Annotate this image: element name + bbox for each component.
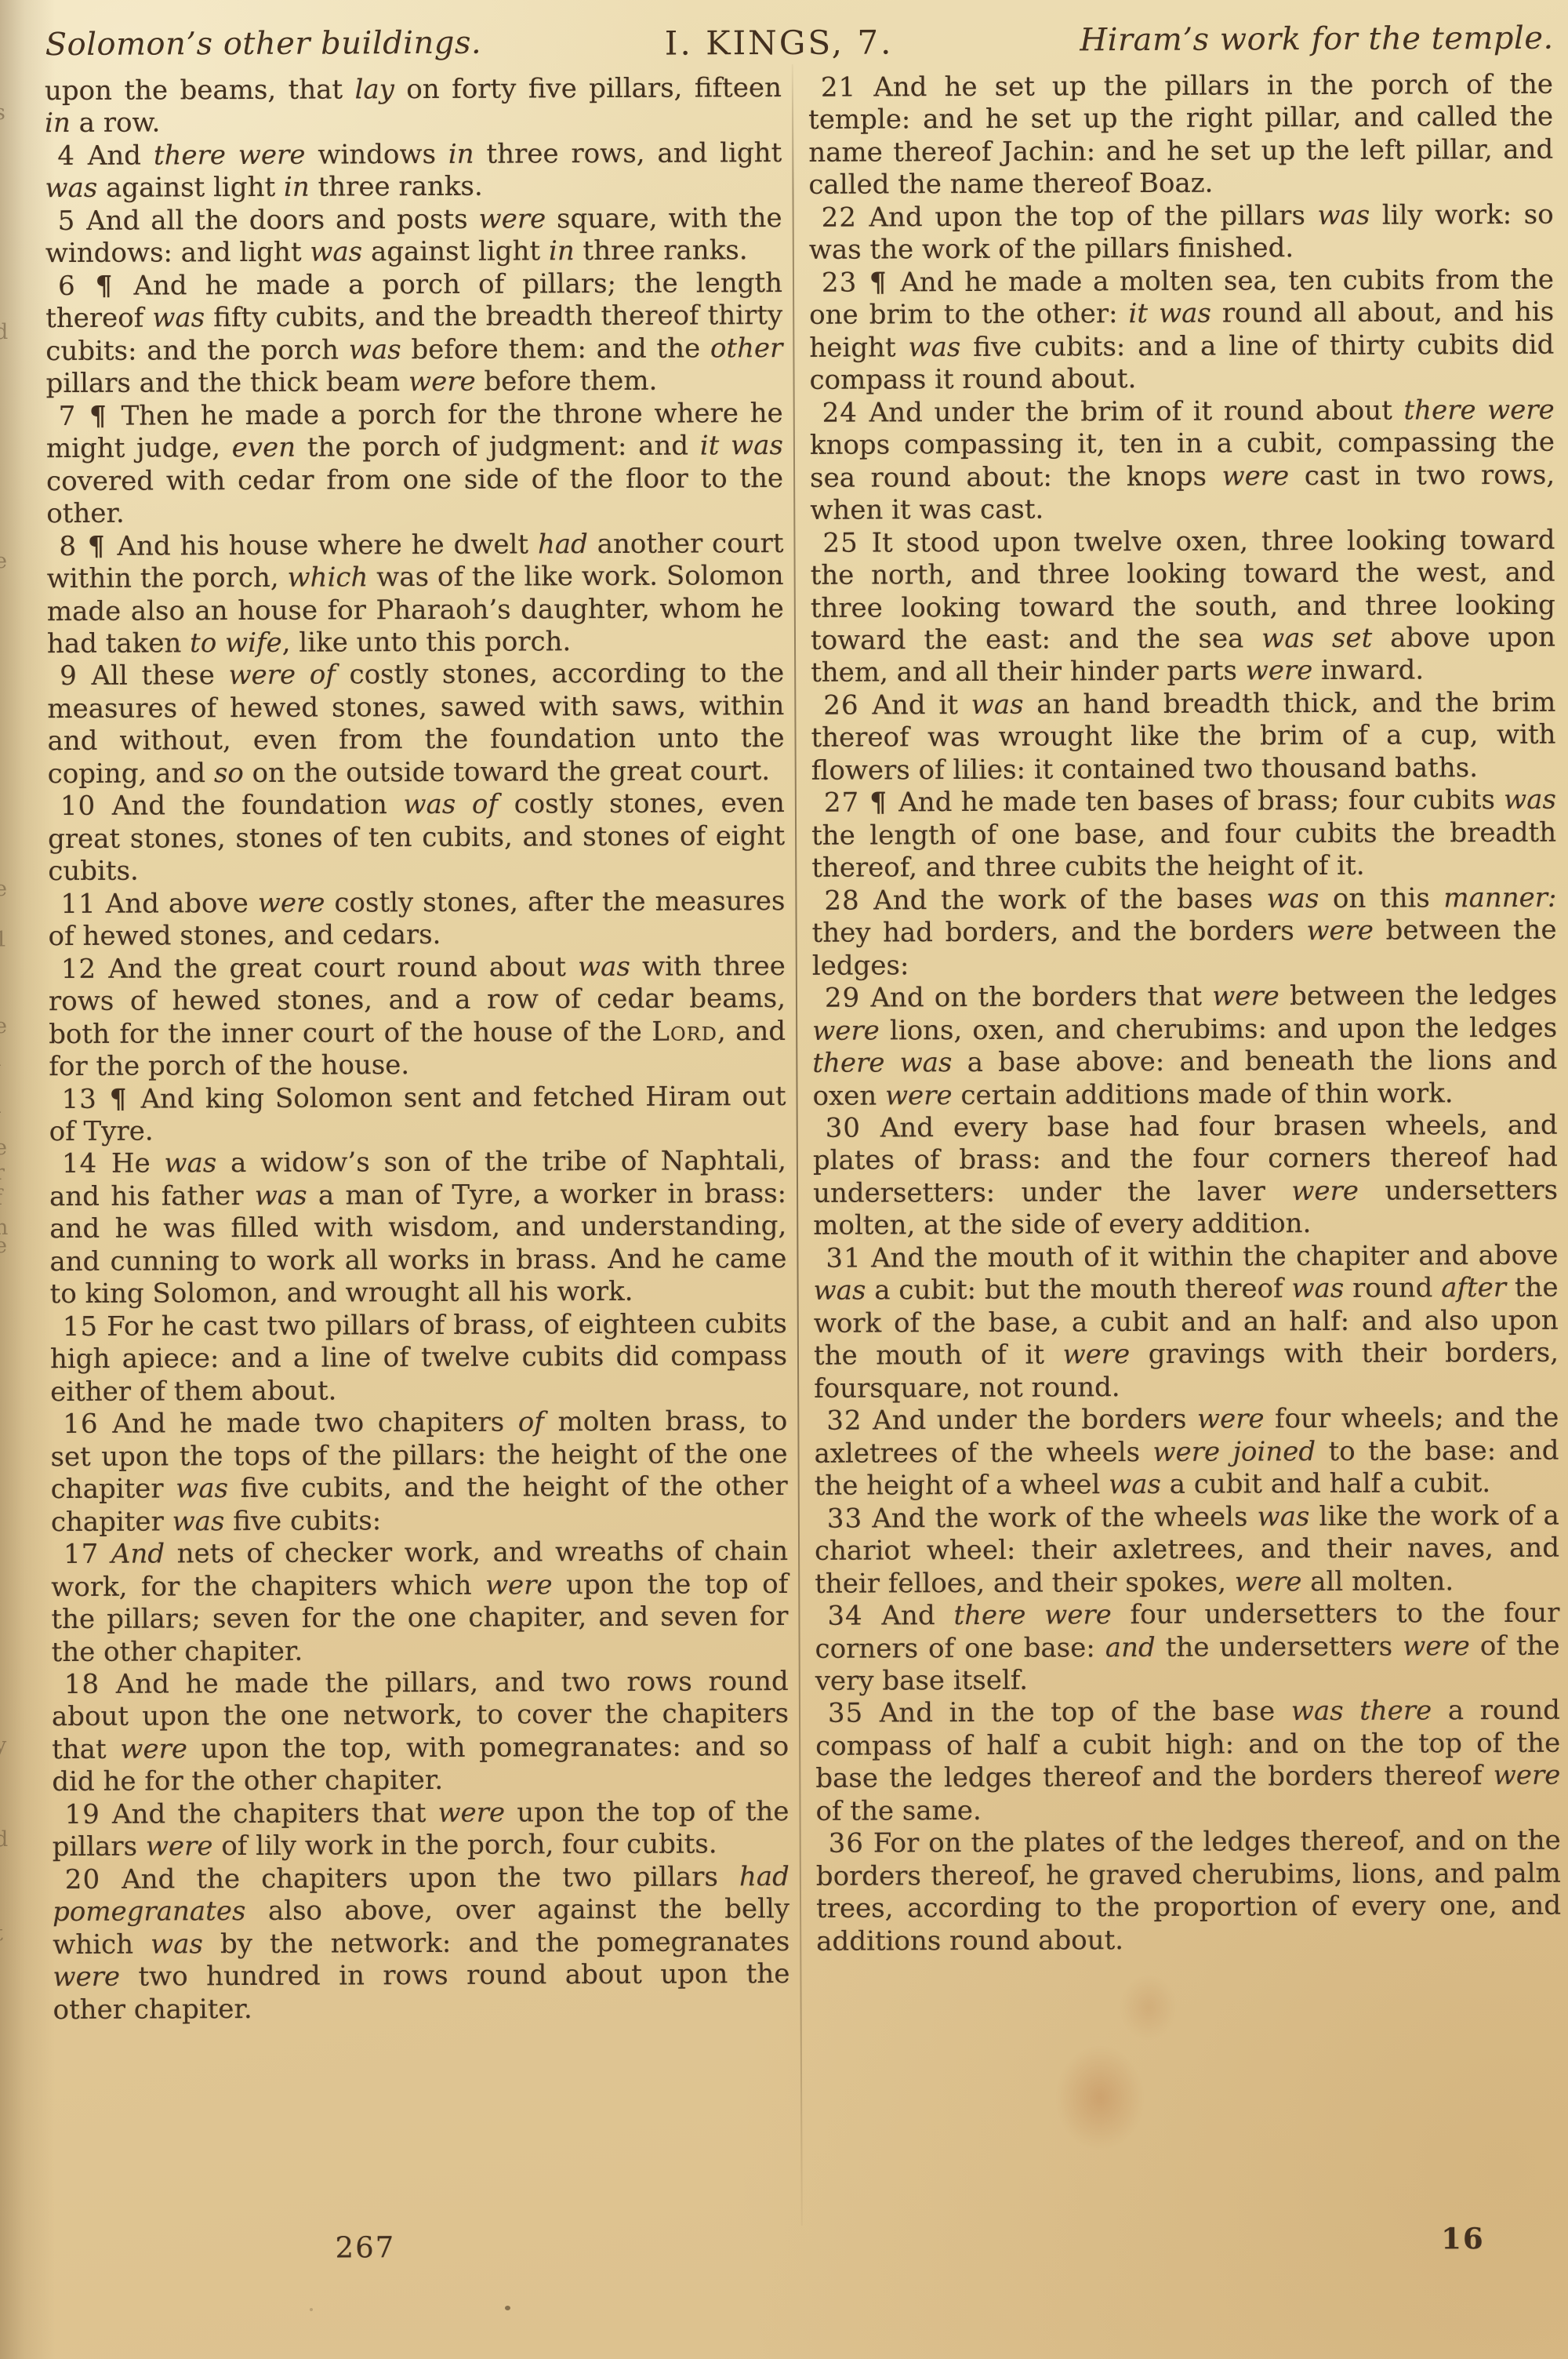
pilcrow-mark: ¶	[88, 400, 110, 431]
verse-18: 18 And he made the pillars, and two rows…	[52, 1666, 789, 1799]
running-head-center: I. KINGS, 7.	[638, 23, 920, 63]
verse-number: 27	[824, 787, 859, 819]
column-divider-rule	[792, 64, 803, 2226]
verse-number: 11	[60, 889, 96, 920]
verse-33: 33 And the work of the wheels was like t…	[815, 1499, 1560, 1601]
edge-letter-fragment: f	[0, 1186, 15, 1210]
verse-26: 26 And it was an hand breadth thick, and…	[811, 687, 1556, 788]
verse-number: 31	[826, 1242, 861, 1274]
verse-number: 36	[829, 1828, 864, 1859]
verse-number: 28	[824, 885, 859, 916]
verse-number: 17	[64, 1539, 99, 1570]
verse-number: 34	[827, 1601, 862, 1632]
verse-number: 10	[60, 791, 96, 822]
verse-14: 14 He was a widow’s son of the tribe of …	[49, 1145, 787, 1310]
verse-number: 4	[57, 140, 75, 172]
verse-continuation: upon the beams, that lay on forty five p…	[45, 72, 782, 140]
running-head-right: Hiram’s work for the temple.	[991, 20, 1554, 59]
verse-number: 32	[826, 1405, 862, 1437]
verse-number: 13	[61, 1083, 96, 1114]
verse-32: 32 And under the borders were four wheel…	[814, 1402, 1559, 1503]
verse-number: 15	[63, 1311, 98, 1343]
verse-21: 21 And he set up the pillars in the porc…	[808, 69, 1554, 202]
verse-number: 24	[822, 397, 858, 428]
verse-29: 29 And on the borders that were between …	[812, 980, 1558, 1113]
verse-8: 8 ¶ And his house where he dwelt had ano…	[46, 528, 784, 661]
verse-number: 30	[826, 1113, 861, 1144]
verse-10: 10 And the foundation was of costly ston…	[48, 787, 786, 889]
running-head-left: Solomon’s other buildings.	[45, 25, 485, 63]
verse-9: 9 All these were of costly stones, accor…	[47, 657, 785, 791]
edge-letter-fragment: e	[0, 877, 15, 901]
verse-number: 23	[822, 267, 857, 298]
verse-36: 36 For on the plates of the ledges there…	[816, 1825, 1562, 1958]
column-right: 21 And he set up the pillars in the porc…	[808, 69, 1561, 1958]
edge-letter-fragment: e	[0, 1014, 15, 1038]
verse-30: 30 And every base had four brasen wheels…	[813, 1110, 1559, 1243]
verse-12: 12 And the great court round about was w…	[49, 951, 786, 1084]
verse-number: 20	[65, 1864, 100, 1896]
edge-letter-fragment: t	[0, 1921, 15, 1946]
pilcrow-mark: ¶	[868, 787, 890, 819]
edge-letter-fragment: s	[0, 100, 15, 125]
edge-letter-fragment: d	[0, 320, 15, 344]
verse-7: 7 ¶ Then he made a porch for the throne …	[46, 398, 784, 531]
verse-23: 23 ¶ And he made a molten sea, ten cubit…	[809, 264, 1555, 398]
verse-number: 7	[59, 401, 77, 432]
verse-11: 11 And above were costly stones, after t…	[48, 885, 785, 954]
verse-number: 35	[828, 1698, 863, 1729]
verse-24: 24 And under the brim of it round about …	[810, 394, 1555, 527]
verse-22: 22 And upon the top of the pillars was l…	[809, 199, 1554, 267]
verse-5: 5 And all the doors and posts were squar…	[45, 202, 782, 271]
page-number: 267	[263, 2230, 467, 2265]
verse-number: 26	[823, 689, 858, 721]
edge-letter-fragment: l	[0, 1047, 15, 1071]
verse-28: 28 And the work of the bases was on this…	[811, 881, 1557, 983]
verse-4: 4 And there were windows in three rows, …	[45, 137, 782, 205]
verse-34: 34 And there were four undersetters to t…	[815, 1598, 1560, 1699]
verse-27: 27 ¶ And he made ten bases of brass; fou…	[811, 784, 1557, 885]
verse-number: 9	[60, 660, 78, 692]
pilcrow-mark: ¶	[868, 267, 890, 298]
page-content: Solomon’s other buildings. I. KINGS, 7. …	[0, 0, 1568, 2359]
verse-15: 15 For he cast two pillars of brass, of …	[50, 1308, 788, 1409]
pilcrow-mark: ¶	[94, 271, 116, 302]
verse-31: 31 And the mouth of it within the chapit…	[813, 1240, 1559, 1405]
verse-17: 17 And nets of checker work, and wreaths…	[51, 1536, 789, 1669]
verse-6: 6 ¶ And he made a porch of pillars; the …	[45, 267, 783, 401]
scanned-bible-page: Solomon’s other buildings. I. KINGS, 7. …	[0, 0, 1568, 2359]
pilcrow-mark: ¶	[86, 530, 108, 562]
verse-number: 6	[58, 271, 76, 302]
verse-number: 22	[822, 202, 857, 233]
verse-number: 25	[822, 527, 858, 558]
verse-number: 14	[62, 1148, 97, 1179]
verse-19: 19 And the chapiters that were upon the …	[52, 1796, 789, 1864]
edge-letter-fragment: e	[0, 1136, 15, 1160]
verse-35: 35 And in the top of the base was there …	[815, 1695, 1561, 1828]
edge-letter-fragment: i	[0, 1094, 15, 1118]
ink-speck	[310, 2308, 313, 2311]
verse-number: 8	[59, 530, 77, 562]
verse-number: 12	[61, 953, 96, 984]
verse-number: 18	[64, 1669, 100, 1700]
edge-letter-fragment: y	[0, 1733, 15, 1757]
edge-letter-fragment: e	[0, 549, 15, 573]
pilcrow-mark: ¶	[108, 1083, 130, 1114]
edge-letter-fragment: 1	[0, 928, 15, 952]
verse-number: 5	[58, 205, 76, 237]
signature-mark: 16	[1416, 2221, 1510, 2256]
verse-number: 29	[825, 983, 860, 1014]
verse-25: 25 It stood upon twelve oxen, three look…	[810, 524, 1555, 689]
verse-number: 33	[827, 1503, 862, 1534]
verse-number: 19	[64, 1799, 100, 1830]
small-caps-lord: Lord	[652, 1016, 717, 1047]
column-left: upon the beams, that lay on forty five p…	[45, 72, 790, 2026]
edge-letter-fragment: r	[0, 1161, 15, 1185]
verse-13: 13 ¶ And king Solomon sent and fetched H…	[49, 1081, 786, 1149]
verse-16: 16 And he made two chapiters of molten b…	[50, 1405, 788, 1539]
verse-20: 20 And the chapiters upon the two pillar…	[53, 1861, 790, 2026]
verse-number: 16	[63, 1408, 98, 1440]
edge-letter-fragment: e	[0, 1234, 15, 1258]
verse-number: 21	[821, 72, 856, 104]
edge-letter-fragment: d	[0, 1827, 15, 1852]
ink-speck	[505, 2306, 510, 2310]
